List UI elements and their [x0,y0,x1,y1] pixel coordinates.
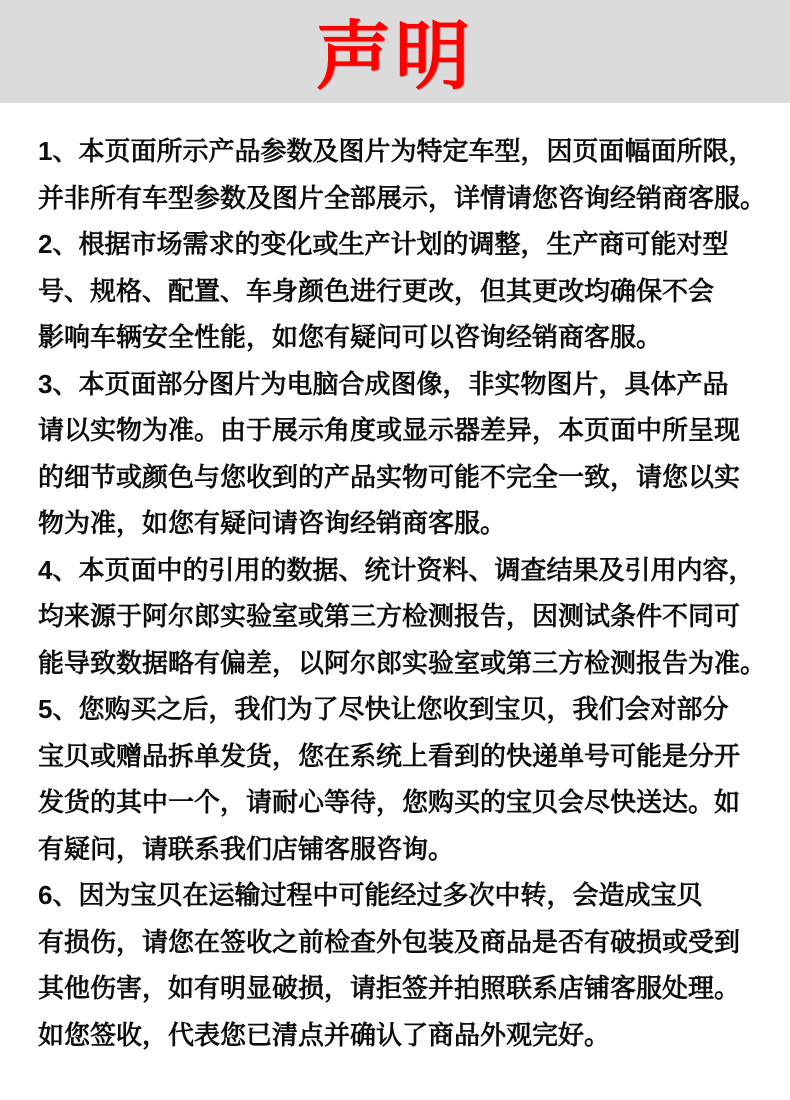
text-line: 号、规格、配置、车身颜色进行更改，但其更改均确保不会 [38,268,768,315]
text-line: 的细节或颜色与您收到的产品实物可能不完全一致，请您以实 [38,454,768,501]
disclaimer-paragraph: 3、本页面部分图片为电脑合成图像，非实物图片，具体产品 请以实物为准。由于展示角… [38,361,768,547]
text-line: 发货的其中一个，请耐心等待，您购买的宝贝会尽快送达。如 [38,779,768,826]
text-line: 均来源于阿尔郎实验室或第三方检测报告，因测试条件不同可 [38,593,768,640]
text-line: 能导致数据略有偏差，以阿尔郎实验室或第三方检测报告为准。 [38,640,768,687]
disclaimer-paragraph: 4、本页面中的引用的数据、统计资料、调查结果及引用内容， 均来源于阿尔郎实验室或… [38,547,768,687]
disclaimer-body: 1、本页面所示产品参数及图片为特定车型，因页面幅面所限， 并非所有车型参数及图片… [0,103,790,1058]
disclaimer-paragraph: 5、您购买之后，我们为了尽快让您收到宝贝，我们会对部分 宝贝或赠品拆单发货，您在… [38,686,768,872]
text-line: 有疑问，请联系我们店铺客服咨询。 [38,826,768,873]
disclaimer-paragraph: 2、根据市场需求的变化或生产计划的调整，生产商可能对型 号、规格、配置、车身颜色… [38,221,768,361]
text-line: 6、因为宝贝在运输过程中可能经过多次中转，会造成宝贝 [38,872,768,919]
text-line: 5、您购买之后，我们为了尽快让您收到宝贝，我们会对部分 [38,686,768,733]
text-line: 4、本页面中的引用的数据、统计资料、调查结果及引用内容， [38,547,768,594]
disclaimer-paragraph: 1、本页面所示产品参数及图片为特定车型，因页面幅面所限， 并非所有车型参数及图片… [38,128,768,221]
disclaimer-page: 声明 1、本页面所示产品参数及图片为特定车型，因页面幅面所限， 并非所有车型参数… [0,0,790,1100]
text-line: 影响车辆安全性能，如您有疑问可以咨询经销商客服。 [38,314,768,361]
text-line: 请以实物为准。由于展示角度或显示器差异，本页面中所呈现 [38,407,768,454]
text-line: 宝贝或赠品拆单发货，您在系统上看到的快递单号可能是分开 [38,733,768,780]
text-line: 2、根据市场需求的变化或生产计划的调整，生产商可能对型 [38,221,768,268]
text-line: 并非所有车型参数及图片全部展示，详情请您咨询经销商客服。 [38,175,768,222]
disclaimer-paragraph: 6、因为宝贝在运输过程中可能经过多次中转，会造成宝贝 有损伤，请您在签收之前检查… [38,872,768,1058]
disclaimer-header: 声明 [0,0,790,103]
text-line: 3、本页面部分图片为电脑合成图像，非实物图片，具体产品 [38,361,768,408]
text-line: 1、本页面所示产品参数及图片为特定车型，因页面幅面所限， [38,128,768,175]
text-line: 有损伤，请您在签收之前检查外包装及商品是否有破损或受到 [38,919,768,966]
page-title: 声明 [316,19,474,94]
text-line: 其他伤害，如有明显破损，请拒签并拍照联系店铺客服处理。 [38,965,768,1012]
text-line: 如您签收，代表您已清点并确认了商品外观完好。 [38,1012,768,1059]
text-line: 物为准，如您有疑问请咨询经销商客服。 [38,500,768,547]
